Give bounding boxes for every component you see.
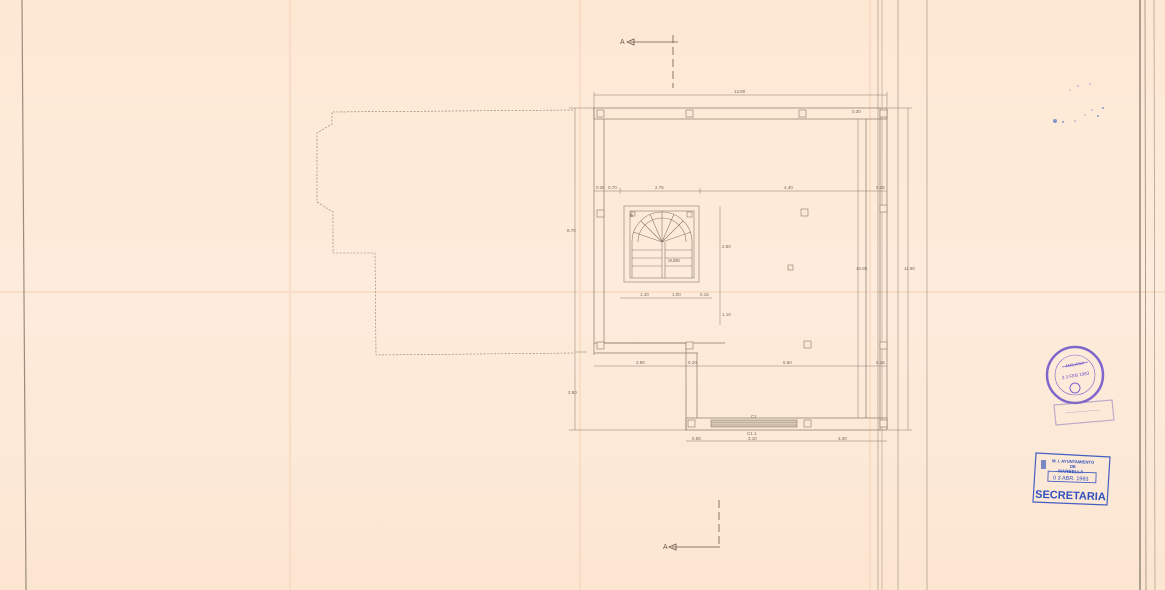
section-label-bottom: A xyxy=(663,544,668,551)
dim-row2-1: 0.70 xyxy=(608,185,617,190)
dim-row2-4: 0.15 xyxy=(876,185,885,190)
round-stamp-city: MALAGA xyxy=(1065,360,1084,368)
dim-mid-3: 0.15 xyxy=(876,360,885,365)
dim-bottom-2: 3.30 xyxy=(838,436,847,441)
dim-left-vertical-2: 2.80 xyxy=(568,390,577,395)
faint-rect-stamp xyxy=(1054,400,1114,425)
beam-c1 xyxy=(711,420,797,427)
dim-stair-0: 1.40 xyxy=(640,292,649,297)
dim-right-inner: 10.85 xyxy=(856,266,868,271)
dim-stair-1: 1.00 xyxy=(672,292,681,297)
dim-mid-2: 5.60 xyxy=(783,360,792,365)
beam-label-top: C1 xyxy=(751,414,757,419)
dim-row2-0: 0.35 xyxy=(596,185,605,190)
dim-row2-2: 2.75 xyxy=(655,185,664,190)
dim-stair-2: 0.15 xyxy=(700,292,709,297)
adjacent-building-outline xyxy=(317,110,575,355)
dim-top-overall: 13.80 xyxy=(734,89,746,94)
dim-top-wall: 0.30 xyxy=(852,109,861,114)
dim-stair-height: 2.80 xyxy=(722,244,731,249)
paper-fold-lines xyxy=(0,0,1165,590)
dim-row2-3: 4.40 xyxy=(784,185,793,190)
secretaria-date: 0 3 ABR. 1983 xyxy=(1053,475,1089,482)
stair-well xyxy=(624,206,699,282)
dim-stair-below: 1.10 xyxy=(722,312,731,317)
dim-mid-0: 2.90 xyxy=(636,360,645,365)
plan-walls xyxy=(594,108,887,430)
floor-plan-drawing: A A xyxy=(0,0,1165,590)
round-stamp-date: 2 3 FEB 1983 xyxy=(1062,370,1090,380)
section-marker-bottom xyxy=(669,500,720,550)
sheet-border xyxy=(22,0,1155,590)
dim-bottom-0: 0.85 xyxy=(692,436,701,441)
section-marker-top xyxy=(627,35,678,88)
dim-left-vertical-1: 8.70 xyxy=(567,228,576,233)
ink-smudge xyxy=(1053,83,1104,123)
dim-right-outer: 11.90 xyxy=(904,266,915,271)
section-label-top: A xyxy=(620,39,625,46)
secretaria-footer: SECRETARIA xyxy=(1035,489,1106,503)
dim-mid-1: 0.20 xyxy=(688,360,697,365)
stair-up-label: SUBE xyxy=(668,258,680,263)
structural-columns xyxy=(597,110,887,427)
room-marker: B xyxy=(630,213,633,218)
dim-bottom-1: 3.10 xyxy=(748,436,757,441)
secretaria-line3: MARBELLA xyxy=(1058,469,1084,475)
blueprint-sheet: A A xyxy=(0,0,1165,590)
